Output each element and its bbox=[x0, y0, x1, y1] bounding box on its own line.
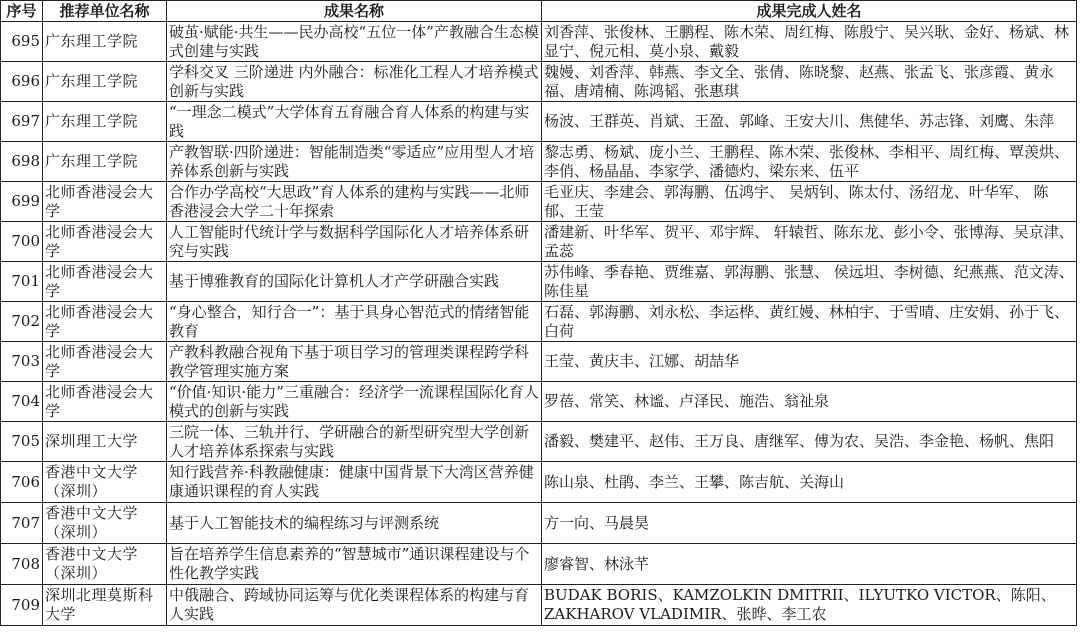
row-names: 黎志勇、杨斌、庞小兰、王鹏程、陈木荣、张俊林、李相平、周红梅、覃羡烘、李俏、杨晶… bbox=[542, 142, 1077, 182]
row-names: 毛亚庆、李建会、郭海鹏、伍鸿宇、 吴炳钊、陈太付、汤绍龙、叶华军、 陈郁、王莹 bbox=[542, 182, 1077, 222]
row-names: 魏嫚、刘香萍、韩燕、李文全、张倩、陈晓黎、赵燕、张孟飞、张彦霞、黄永福、唐靖楠、… bbox=[542, 62, 1077, 102]
row-index: 706 bbox=[1, 462, 43, 503]
row-names: 方一向、马晨昊 bbox=[542, 503, 1077, 544]
row-names: 刘香萍、张俊林、王鹏程、陈木荣、周红梅、陈殷宁、吴兴耿、金好、杨斌、林显宁、倪元… bbox=[542, 22, 1077, 62]
row-names: 杨波、王群英、肖斌、王盈、郭峰、王安大川、焦健华、苏志锋、刘鹰、朱萍 bbox=[542, 102, 1077, 142]
header-row: 序号 推荐单位名称 成果名称 成果完成人姓名 bbox=[1, 1, 1077, 22]
table-row: 700 北师香港浸会大学 人工智能时代统计学与数据科学国际化人才培养体系研究与实… bbox=[1, 222, 1077, 262]
table-row: 704 北师香港浸会大学 “价值·知识·能力”三重融合：经济学一流课程国际化育人… bbox=[1, 382, 1077, 422]
table-row: 702 北师香港浸会大学 “身心整合，知行合一”：基于具身心智范式的情绪智能教育… bbox=[1, 302, 1077, 342]
row-names: 廖睿智、林泳芊 bbox=[542, 544, 1077, 585]
header-index: 序号 bbox=[1, 1, 43, 22]
row-title: 中俄融合、跨域协同运筹与优化类课程体系的构建与育人实践 bbox=[167, 585, 542, 626]
row-names: 潘建新、叶华军、贺平、邓宇辉、 轩辕哲、陈东龙、彭小令、张博海、吴京津、孟蕊 bbox=[542, 222, 1077, 262]
row-unit: 北师香港浸会大学 bbox=[43, 222, 167, 262]
row-index: 705 bbox=[1, 422, 43, 462]
row-index: 696 bbox=[1, 62, 43, 102]
row-title: 知行践营养·科教融健康：健康中国背景下大湾区营养健康通识课程的育人实践 bbox=[167, 462, 542, 503]
table-row: 696 广东理工学院 学科交叉 三阶递进 内外融合：标准化工程人才培养模式创新与… bbox=[1, 62, 1077, 102]
row-unit: 香港中文大学（深圳） bbox=[43, 503, 167, 544]
row-unit: 广东理工学院 bbox=[43, 142, 167, 182]
row-index: 709 bbox=[1, 585, 43, 626]
row-index: 708 bbox=[1, 544, 43, 585]
row-title: 破茧·赋能·共生——民办高校“五位一体”产教融合生态模式创建与实践 bbox=[167, 22, 542, 62]
row-index: 698 bbox=[1, 142, 43, 182]
row-unit: 北师香港浸会大学 bbox=[43, 182, 167, 222]
table-row: 697 广东理工学院 “一理念二模式”大学体育五育融合育人体系的构建与实践 杨波… bbox=[1, 102, 1077, 142]
row-unit: 深圳北理莫斯科大学 bbox=[43, 585, 167, 626]
row-index: 703 bbox=[1, 342, 43, 382]
row-index: 701 bbox=[1, 262, 43, 302]
table-row: 707 香港中文大学（深圳） 基于人工智能技术的编程练习与评测系统 方一向、马晨… bbox=[1, 503, 1077, 544]
row-title: “价值·知识·能力”三重融合：经济学一流课程国际化育人模式的创新与实践 bbox=[167, 382, 542, 422]
header-title: 成果名称 bbox=[167, 1, 542, 22]
row-unit: 广东理工学院 bbox=[43, 102, 167, 142]
row-index: 704 bbox=[1, 382, 43, 422]
row-unit: 香港中文大学（深圳） bbox=[43, 462, 167, 503]
row-index: 695 bbox=[1, 22, 43, 62]
row-unit: 广东理工学院 bbox=[43, 62, 167, 102]
row-title: 基于博雅教育的国际化计算机人才产学研融合实践 bbox=[167, 262, 542, 302]
table-row: 705 深圳理工大学 三院一体、三轨并行、学研融合的新型研究型大学创新人才培养体… bbox=[1, 422, 1077, 462]
row-title: 产教科教融合视角下基于项目学习的管理类课程跨学科教学管理实施方案 bbox=[167, 342, 542, 382]
row-title: 产教智联·四阶递进：智能制造类“零适应”应用型人才培养体系创新与实践 bbox=[167, 142, 542, 182]
row-unit: 广东理工学院 bbox=[43, 22, 167, 62]
table-row: 698 广东理工学院 产教智联·四阶递进：智能制造类“零适应”应用型人才培养体系… bbox=[1, 142, 1077, 182]
row-unit: 北师香港浸会大学 bbox=[43, 262, 167, 302]
row-title: 学科交叉 三阶递进 内外融合：标准化工程人才培养模式创新与实践 bbox=[167, 62, 542, 102]
header-names: 成果完成人姓名 bbox=[542, 1, 1077, 22]
row-names: 陈山泉、杜鹃、李兰、王攀、陈吉航、关海山 bbox=[542, 462, 1077, 503]
row-index: 700 bbox=[1, 222, 43, 262]
row-unit: 深圳理工大学 bbox=[43, 422, 167, 462]
row-unit: 北师香港浸会大学 bbox=[43, 382, 167, 422]
row-names: 王莹、黄庆丰、江娜、胡喆华 bbox=[542, 342, 1077, 382]
row-unit: 北师香港浸会大学 bbox=[43, 302, 167, 342]
table-row: 699 北师香港浸会大学 合作办学高校“大思政”育人体系的建构与实践——北师香港… bbox=[1, 182, 1077, 222]
row-names: 苏伟峰、季春艳、贾维嘉、郭海鹏、张慧、 侯远坦、李树德、纪燕燕、范文涛、陈佳星 bbox=[542, 262, 1077, 302]
row-index: 699 bbox=[1, 182, 43, 222]
row-title: 基于人工智能技术的编程练习与评测系统 bbox=[167, 503, 542, 544]
row-index: 697 bbox=[1, 102, 43, 142]
row-names: BUDAK BORIS、KAMZOLKIN DMITRII、ILYUTKO VI… bbox=[542, 585, 1077, 626]
row-names: 潘毅、樊建平、赵伟、王万良、唐继军、傅为农、吴浩、李金艳、杨帆、焦阳 bbox=[542, 422, 1077, 462]
table-row: 703 北师香港浸会大学 产教科教融合视角下基于项目学习的管理类课程跨学科教学管… bbox=[1, 342, 1077, 382]
table-row: 708 香港中文大学（深圳） 旨在培养学生信息素养的“智慧城市”通识课程建设与个… bbox=[1, 544, 1077, 585]
row-title: “一理念二模式”大学体育五育融合育人体系的构建与实践 bbox=[167, 102, 542, 142]
row-unit: 香港中文大学（深圳） bbox=[43, 544, 167, 585]
row-title: 旨在培养学生信息素养的“智慧城市”通识课程建设与个性化教学实践 bbox=[167, 544, 542, 585]
row-names: 罗蓓、常笑、林谧、卢泽民、施浩、翁祉泉 bbox=[542, 382, 1077, 422]
table-row: 709 深圳北理莫斯科大学 中俄融合、跨域协同运筹与优化类课程体系的构建与育人实… bbox=[1, 585, 1077, 626]
header-unit: 推荐单位名称 bbox=[43, 1, 167, 22]
row-index: 707 bbox=[1, 503, 43, 544]
row-title: 人工智能时代统计学与数据科学国际化人才培养体系研究与实践 bbox=[167, 222, 542, 262]
table-row: 706 香港中文大学（深圳） 知行践营养·科教融健康：健康中国背景下大湾区营养健… bbox=[1, 462, 1077, 503]
awards-table: 序号 推荐单位名称 成果名称 成果完成人姓名 695 广东理工学院 破茧·赋能·… bbox=[0, 0, 1077, 626]
row-title: 三院一体、三轨并行、学研融合的新型研究型大学创新人才培养体系探索与实践 bbox=[167, 422, 542, 462]
row-title: “身心整合，知行合一”：基于具身心智范式的情绪智能教育 bbox=[167, 302, 542, 342]
table-row: 701 北师香港浸会大学 基于博雅教育的国际化计算机人才产学研融合实践 苏伟峰、… bbox=[1, 262, 1077, 302]
row-index: 702 bbox=[1, 302, 43, 342]
table-row: 695 广东理工学院 破茧·赋能·共生——民办高校“五位一体”产教融合生态模式创… bbox=[1, 22, 1077, 62]
row-names: 石磊、郭海鹏、刘永松、李运桦、黄红嫚、林柏宇、于雪晴、庄安娟、孙于飞、白荷 bbox=[542, 302, 1077, 342]
row-title: 合作办学高校“大思政”育人体系的建构与实践——北师香港浸会大学二十年探索 bbox=[167, 182, 542, 222]
row-unit: 北师香港浸会大学 bbox=[43, 342, 167, 382]
